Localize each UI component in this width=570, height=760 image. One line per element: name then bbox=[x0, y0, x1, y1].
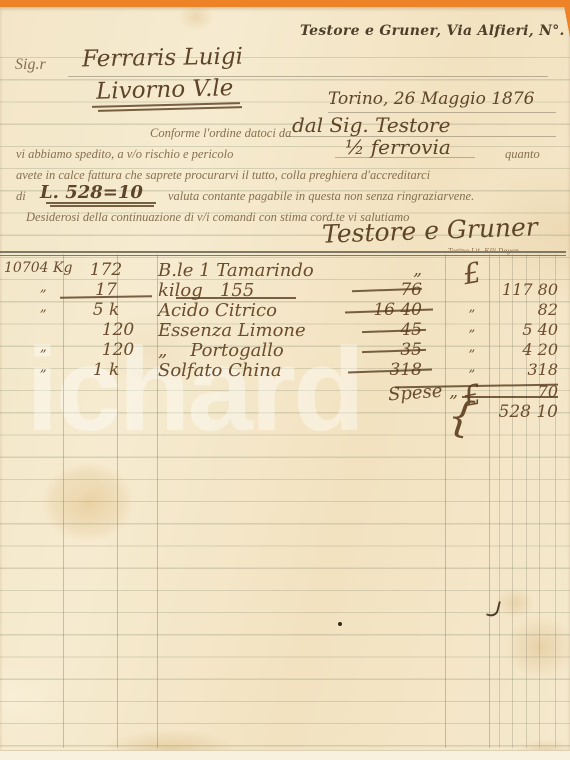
ink-mark bbox=[338, 622, 342, 626]
lot-ref: 10704 Kg bbox=[4, 260, 62, 276]
table-row: 120 Essenza Limone 45 „ 5 40 bbox=[0, 320, 570, 340]
body-line-4-printed-end: valuta contante pagabile in questa non s… bbox=[168, 189, 474, 204]
unit-price: „ bbox=[340, 260, 422, 280]
amount: 82 bbox=[492, 300, 558, 319]
recipient-salutation: Sig.r bbox=[15, 56, 46, 74]
ditto-mark: „ bbox=[452, 300, 492, 315]
amount: 318 bbox=[492, 360, 558, 379]
table-row: 10704 Kg 172 B.le 1 Tamarindo „ £ bbox=[0, 260, 570, 280]
amount-underline bbox=[50, 205, 154, 207]
body-line-1-printed: Conforme l'ordine datoci da bbox=[150, 126, 291, 141]
letterhead-company: Testore e Gruner, Via Alfieri, N°. 7. bbox=[300, 23, 562, 39]
item-desc: Acido Citrico bbox=[158, 300, 348, 321]
quantity: 1 k bbox=[64, 360, 148, 380]
body-line-4-printed: di bbox=[16, 189, 26, 204]
amount: 117 80 bbox=[492, 280, 558, 299]
item-desc: B.le 1 Tamarindo bbox=[158, 260, 348, 281]
fill-in-rule-line bbox=[335, 157, 475, 158]
item-desc: Solfato China bbox=[158, 360, 348, 381]
quantity: 172 bbox=[64, 260, 148, 280]
quantity: 120 bbox=[64, 320, 148, 340]
quantity: 5 k bbox=[64, 300, 148, 320]
table-top-rule bbox=[0, 251, 566, 253]
total-amount: 528 10 bbox=[492, 402, 558, 422]
net-weight-underline bbox=[176, 297, 296, 299]
amount-due-handwritten: L. 528=10 bbox=[40, 182, 143, 203]
amount: 5 40 bbox=[492, 320, 558, 339]
body-line-2-printed-end: quanto bbox=[505, 147, 540, 162]
item-desc: Essenza Limone bbox=[158, 320, 348, 341]
paper-bottom-edge bbox=[0, 750, 570, 760]
amount-underline bbox=[46, 202, 156, 204]
ditto-mark: „ bbox=[452, 320, 492, 335]
table-row: „ 5 k Acido Citrico 16 40 „ 82 bbox=[0, 300, 570, 320]
ditto-mark: „ bbox=[452, 360, 492, 375]
table-row: „ 120 „ Portogallo 35 „ 4 20 bbox=[0, 340, 570, 360]
body-line-2-printed: vi abbiamo spedito, a v/o rischio e peri… bbox=[16, 147, 233, 162]
amount: 4 20 bbox=[492, 340, 558, 359]
recipient-city: Livorno V.le bbox=[96, 75, 234, 105]
invoice-paper: ichard Testore e Gruner, Via Alfieri, N°… bbox=[0, 7, 570, 760]
scanned-document-page: ichard Testore e Gruner, Via Alfieri, N°… bbox=[0, 0, 570, 760]
quantity: 120 bbox=[64, 340, 148, 360]
body-line-2-handwritten: ½ ferrovia bbox=[345, 135, 451, 159]
ditto-mark: „ bbox=[452, 340, 492, 355]
recipient-name: Ferraris Luigi bbox=[82, 44, 243, 73]
dateline: Torino, 26 Maggio 1876 bbox=[328, 89, 535, 109]
body-line-3-printed: avete in calce fattura che saprete procu… bbox=[16, 168, 430, 183]
item-desc: „ Portogallo bbox=[158, 340, 348, 361]
scan-background-wedge bbox=[562, 0, 570, 42]
body-line-1-handwritten: dal Sig. Testore bbox=[292, 113, 450, 137]
